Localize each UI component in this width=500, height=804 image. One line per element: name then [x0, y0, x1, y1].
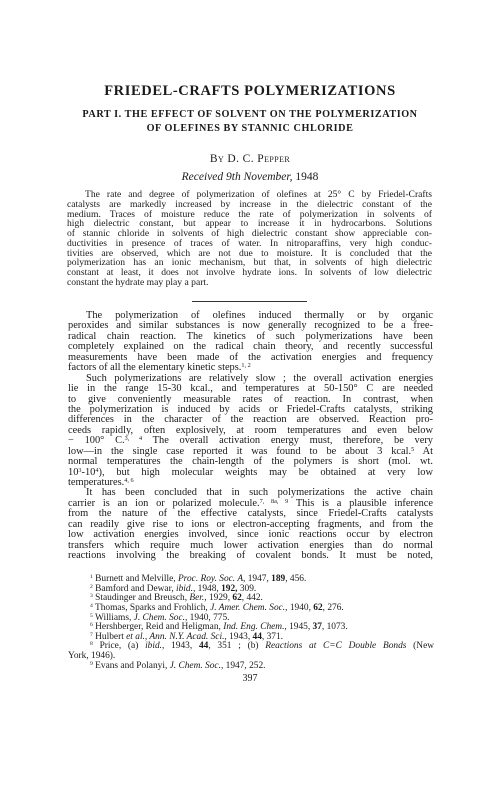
abstract-line: constant the hydrate may play a part. — [67, 278, 432, 288]
footnote-authors: Bamford and Dewar, — [93, 584, 176, 594]
body-line-text: to give conveniently measurable rates of… — [68, 394, 433, 405]
article-subtitle: PART I. THE EFFECT OF SOLVENT ON THE POL… — [0, 108, 500, 135]
section-divider — [192, 301, 307, 302]
footnote-volume: 62 — [313, 603, 322, 613]
page-number: 397 — [0, 673, 500, 685]
body-line-text: the polymerization is induced by acids o… — [68, 404, 433, 415]
footnote-authors: Hershberger, Reid and Heligman, — [93, 622, 223, 632]
footnote-year: , 1947, — [243, 574, 271, 584]
body-line-text: lie in the range 15-30 kcal., and temper… — [68, 383, 433, 394]
footnote-item: 9 Evans and Polanyi, J. Chem. Soc., 1947… — [68, 662, 434, 672]
body-line-text: − 100° C. — [68, 435, 125, 446]
footnotes: 1 Burnett and Melville, Proc. Roy. Soc. … — [68, 575, 434, 671]
footnote-volume: 44 — [199, 641, 208, 651]
body-line-text: from the nature of the effective catalys… — [68, 508, 433, 519]
body-line-text: completely explained on the radical chai… — [68, 341, 433, 352]
footnote-year: , 1940, 775. — [185, 613, 230, 623]
body-text: The polymerization of olefines induced t… — [68, 311, 433, 562]
subtitle-line: OF OLEFINES BY STANNIC CHLORIDE — [0, 122, 500, 136]
footnote-year: , 1929, — [204, 593, 232, 603]
footnote-authors: Williams, — [93, 613, 134, 623]
received-label: Received 9th November, — [182, 171, 293, 183]
footnote-journal: ibid. — [145, 641, 162, 651]
footnote-journal: Proc. Roy. Soc. A — [178, 574, 243, 584]
subtitle-line: PART I. THE EFFECT OF SOLVENT ON THE POL… — [0, 108, 500, 122]
body-line-text: ), but high molecular weights may be obt… — [99, 467, 434, 478]
body-line-text: reactions involving the breaking of cova… — [68, 550, 433, 561]
footnote-journal: Ind. Eng. Chem. — [223, 622, 284, 632]
footnote-journal: ibid. — [176, 584, 193, 594]
body-line-text: carrier is an ion or polarized molecule. — [68, 498, 260, 509]
body-line-text: temperatures. — [68, 477, 124, 488]
footnote-item: 8 Price, (a) ibid., 1943, 44, 351 ; (b) … — [68, 642, 434, 652]
footnote-year: , 1943, — [162, 641, 199, 651]
footnote-journal: J. Amer. Chem. Soc. — [210, 603, 285, 613]
footnote-authors: Evans and Polanyi, — [93, 661, 170, 671]
body-line-text: transfers which require much lower activ… — [68, 540, 433, 551]
footnote-ref: 4, 6 — [124, 477, 133, 484]
footnote-journal: J. Chem. Soc. — [170, 661, 221, 671]
body-line-text: At — [414, 446, 433, 457]
body-line-text: low activation energies involved, since … — [68, 529, 433, 540]
body-line-text: differences in the character of the reac… — [68, 414, 433, 425]
footnote-page: , 456. — [285, 574, 306, 584]
footnote-volume: 192, — [221, 584, 237, 594]
body-line-text: Such polymerizations are relatively slow… — [86, 373, 433, 384]
body-line-text: factors of all the elementary kinetic st… — [68, 362, 241, 373]
footnote-page: , 1073. — [322, 622, 348, 632]
body-line-text: -10 — [82, 467, 96, 478]
footnote-year: , 1940, — [285, 603, 313, 613]
body-line-text: This is a plausible inference — [288, 498, 433, 509]
footnote-page: , 442. — [242, 593, 263, 603]
footnote-ref: 7, 8a, 9 — [260, 498, 289, 505]
footnote-page: 309. — [237, 584, 256, 594]
body-line-text: 10 — [68, 467, 78, 478]
footnote-authors: Staudinger and Breusch, — [93, 593, 190, 603]
footnote-journal: J. Chem. Soc. — [134, 613, 185, 623]
body-line-text: low—in the single case reported it was f… — [68, 446, 411, 457]
body-line-text: The overall activation energy must, ther… — [142, 435, 433, 446]
footnote-year: , 1945, — [284, 622, 312, 632]
received-date: Received 9th November, 1948 — [0, 170, 500, 184]
body-line-text: radical chain reaction. The kinetics of … — [68, 331, 433, 342]
footnote-volume: 189 — [271, 574, 285, 584]
footnote-ref: 3, 4 — [125, 435, 143, 442]
footnote-year: , 1947, 252. — [221, 661, 266, 671]
footnote-extra: (New — [406, 641, 434, 651]
footnote-year: , 1948, — [193, 584, 221, 594]
footnote-authors: Burnett and Melville, — [93, 574, 178, 584]
received-year: 1948 — [292, 171, 318, 183]
footnote-ref: 1, 2 — [241, 362, 250, 369]
body-line: reactions involving the breaking of cova… — [68, 551, 433, 561]
footnote-page: , 351 ; (b) — [208, 641, 265, 651]
author-byline: By D. C. Pepper — [0, 152, 500, 166]
footnote-book-title: Reactions at C=C Double Bonds — [265, 641, 406, 651]
article-series-title: FRIEDEL-CRAFTS POLYMERIZATIONS — [0, 83, 500, 99]
footnote-volume: 37 — [313, 622, 322, 632]
footnote-authors: Thomas, Sparks and Frohlich, — [93, 603, 210, 613]
body-line-text: normal temperatures the chain-length of … — [68, 456, 433, 467]
abstract: The rate and degree of polymerization of… — [67, 190, 432, 288]
footnote-volume: 62 — [232, 593, 241, 603]
body-line-text: peroxides and similar substances is now … — [68, 320, 433, 331]
body-line-text: The polymerization of olefines induced t… — [86, 310, 433, 321]
journal-page: FRIEDEL-CRAFTS POLYMERIZATIONS PART I. T… — [0, 0, 500, 804]
body-line-text: can readily give rise to ions or electro… — [68, 519, 433, 530]
footnote-authors: Price, (a) — [93, 641, 145, 651]
footnote-page: , 276. — [323, 603, 344, 613]
footnote-journal: Ber. — [189, 593, 204, 603]
